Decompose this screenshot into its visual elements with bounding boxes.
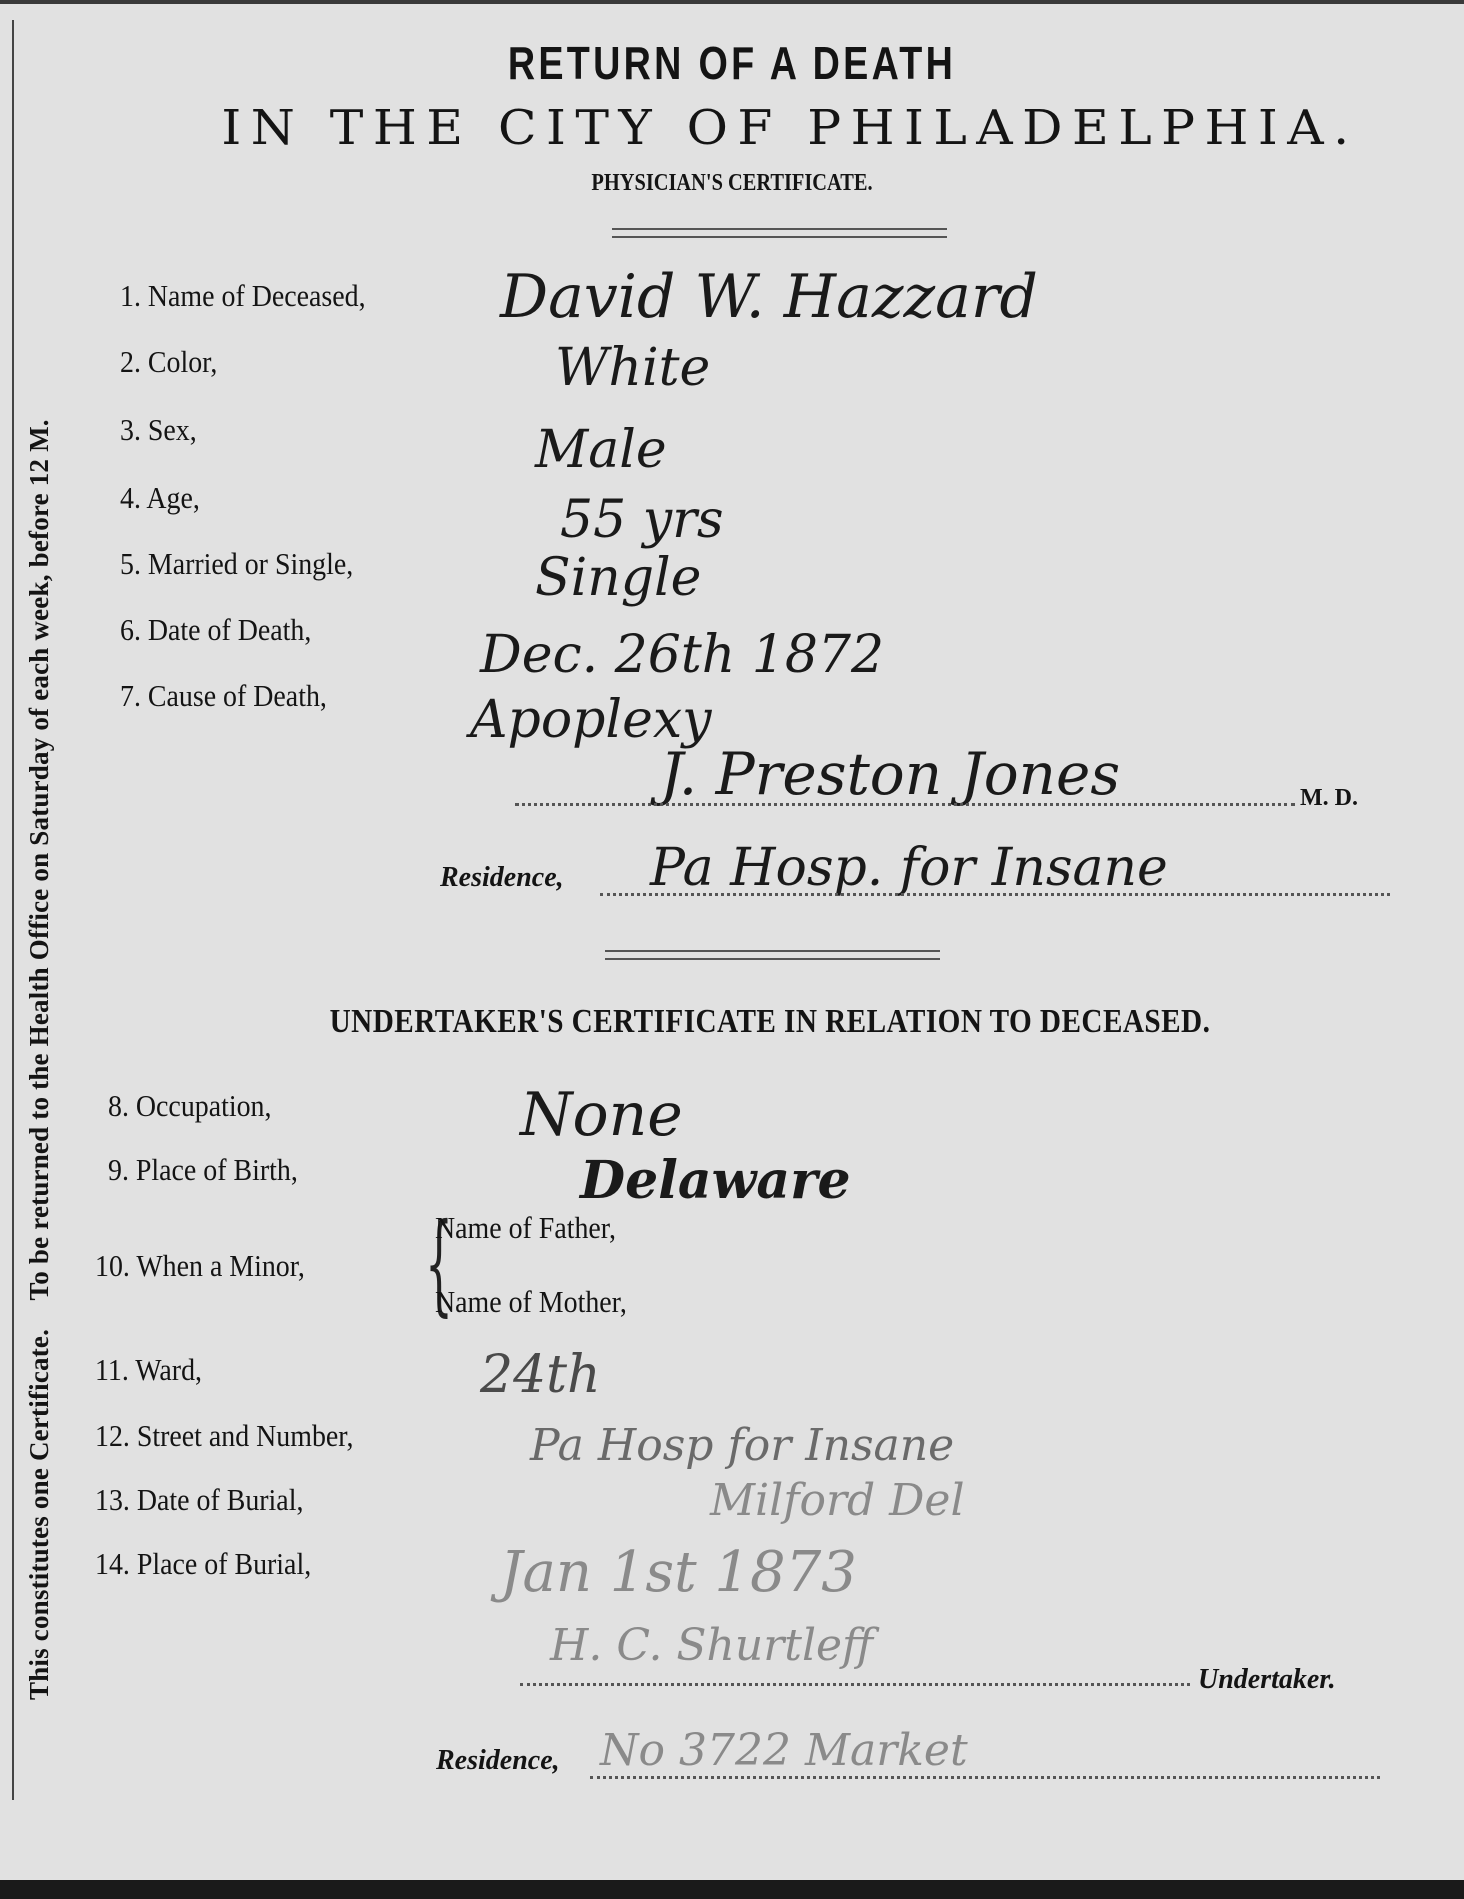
field-label-father: Name of Father, — [435, 1210, 616, 1246]
md-suffix: M. D. — [1300, 785, 1358, 812]
field-value-date-of-death: Dec. 26th 1872 — [480, 625, 884, 685]
field-label-sex: 3. Sex, — [120, 412, 197, 448]
field-label-marital-status: 5. Married or Single, — [120, 546, 353, 582]
field-value-ward: 24th — [480, 1345, 601, 1405]
field-value-name: David W. Hazzard — [500, 262, 1038, 332]
undertaker-residence-label: Residence, — [436, 1745, 560, 1777]
field-value-age: 55 yrs — [560, 490, 724, 550]
field-label-street-number: 12. Street and Number, — [95, 1418, 353, 1454]
field-label-when-minor: 10. When a Minor, — [95, 1248, 305, 1284]
physician-residence-label: Residence, — [440, 862, 564, 894]
field-value-occupation: None — [520, 1080, 683, 1150]
residence-line — [600, 893, 1390, 896]
field-label-occupation: 8. Occupation, — [108, 1088, 271, 1124]
field-value-sex: Male — [535, 420, 667, 480]
field-label-date-of-death: 6. Date of Death, — [120, 612, 311, 648]
physician-residence-value: Pa Hosp. for Insane — [650, 838, 1168, 898]
field-value-color: White — [555, 338, 710, 398]
page-top-edge — [0, 0, 1464, 4]
divider — [612, 228, 947, 238]
side-note-part2: To be returned to the Health Office on S… — [24, 419, 54, 1300]
field-label-date-of-burial: 13. Date of Burial, — [95, 1482, 303, 1518]
field-label-ward: 11. Ward, — [95, 1352, 202, 1388]
document-title-city: IN THE CITY OF PHILADELPHIA. — [108, 100, 1464, 156]
field-value-place-of-birth: Delaware — [580, 1150, 851, 1211]
undertaker-residence-line — [590, 1776, 1380, 1779]
side-note: This constitutes one Certificate. To be … — [24, 120, 55, 1700]
physician-certificate-heading: PHYSICIAN'S CERTIFICATE. — [110, 170, 1354, 197]
undertaker-suffix: Undertaker. — [1198, 1664, 1336, 1696]
undertaker-residence-value: No 3722 Market — [600, 1725, 968, 1776]
certificate-page: This constitutes one Certificate. To be … — [0, 0, 1464, 1880]
field-label-color: 2. Color, — [120, 344, 217, 380]
page-bottom-edge — [0, 1880, 1464, 1899]
document-title: RETURN OF A DEATH — [132, 36, 1332, 90]
signature-line — [515, 803, 1295, 806]
field-value-date-of-burial: Jan 1st 1873 — [500, 1540, 857, 1605]
undertaker-signature-line — [520, 1683, 1190, 1686]
field-label-place-of-burial: 14. Place of Burial, — [95, 1546, 311, 1582]
field-label-place-of-birth: 9. Place of Birth, — [108, 1152, 298, 1188]
undertaker-certificate-heading: UNDERTAKER'S CERTIFICATE IN RELATION TO … — [194, 1003, 1346, 1041]
divider — [605, 950, 940, 960]
field-label-cause-of-death: 7. Cause of Death, — [120, 678, 327, 714]
field-label-name: 1. Name of Deceased, — [120, 278, 366, 314]
field-label-mother: Name of Mother, — [435, 1284, 627, 1320]
side-note-part1: This constitutes one Certificate. — [24, 1329, 54, 1700]
undertaker-signature: H. C. Shurtleff — [550, 1620, 873, 1671]
margin-rule — [12, 20, 14, 1800]
field-value-street-number: Pa Hosp for Insane — [530, 1420, 954, 1471]
field-value-place-of-burial: Milford Del — [710, 1475, 965, 1526]
physician-signature: J. Preston Jones — [660, 740, 1120, 808]
field-value-marital-status: Single — [535, 548, 701, 608]
field-label-age: 4. Age, — [120, 480, 200, 516]
